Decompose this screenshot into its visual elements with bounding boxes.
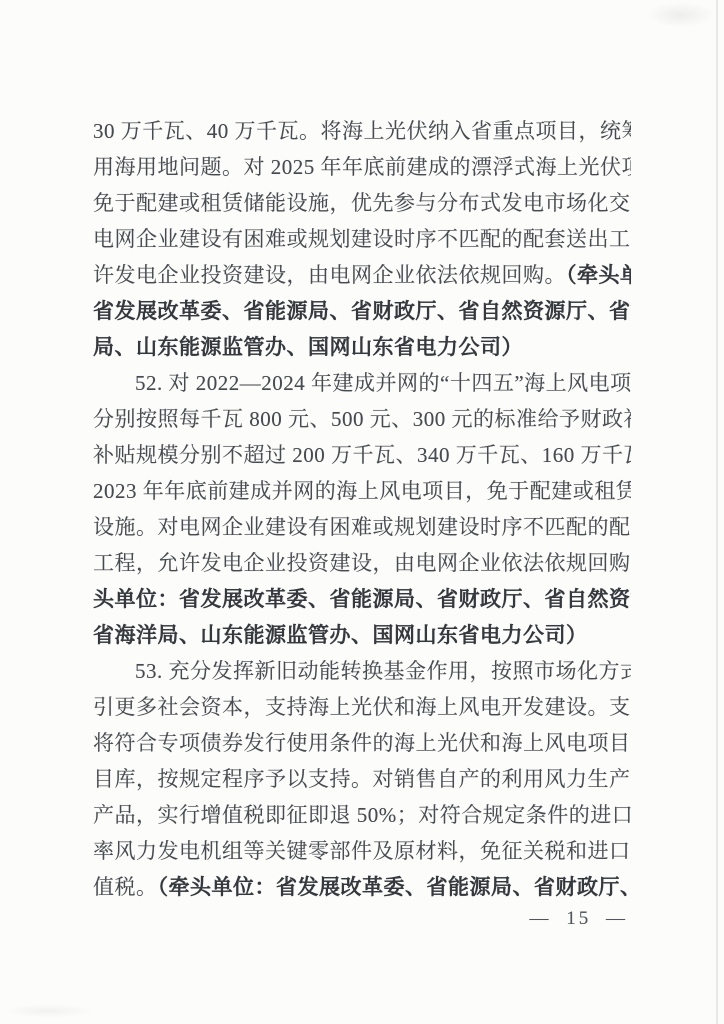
body-text: 52. 对 2022—2024 年建成并网的“十四五”海上风电项目，	[135, 371, 631, 395]
text-line: 52. 对 2022—2024 年建成并网的“十四五”海上风电项目，	[93, 365, 631, 401]
paragraph: 53. 充分发挥新旧动能转换基金作用，按照市场化方式，吸引更多社会资本，支持海上…	[93, 653, 631, 905]
body-text: 工程，允许发电企业投资建设，由电网企业依法依规回购。	[93, 551, 631, 575]
lead-unit-text: 省海洋局、山东能源监管办、国网山东省电力公司）	[93, 623, 588, 647]
lead-unit-text: 局、山东能源监管办、国网山东省电力公司）	[93, 335, 523, 359]
body-text: 30 万千瓦、40 万千瓦。将海上光伏纳入省重点项目，统筹解决	[93, 119, 631, 143]
scan-smudge	[4, 1004, 94, 1018]
text-line: 2023 年年底前建成并网的海上风电项目，免于配建或租赁储能	[93, 473, 631, 509]
body-text: 免于配建或租赁储能设施，优先参与分布式发电市场化交易。对	[93, 191, 631, 215]
body-text: 将符合专项债券发行使用条件的海上光伏和海上风电项目纳入项	[93, 731, 631, 755]
text-line: 省发展改革委、省能源局、省财政厅、省自然资源厅、省海洋	[93, 293, 631, 329]
body-text: 值税。	[93, 875, 158, 899]
text-line: 分别按照每千瓦 800 元、500 元、300 元的标准给予财政补贴，	[93, 401, 631, 437]
body-text: 率风力发电机组等关键零部件及原材料，免征关税和进口环节增	[93, 839, 631, 863]
text-line: 局、山东能源监管办、国网山东省电力公司）	[93, 329, 631, 365]
text-line: 免于配建或租赁储能设施，优先参与分布式发电市场化交易。对	[93, 185, 631, 221]
body-text: 补贴规模分别不超过 200 万千瓦、340 万千瓦、160 万千瓦。	[93, 443, 631, 467]
body-text: 分别按照每千瓦 800 元、500 元、300 元的标准给予财政补贴，	[93, 407, 631, 431]
page-number: — 15 —	[530, 905, 629, 933]
text-line: 电网企业建设有困难或规划建设时序不匹配的配套送出工程，允	[93, 221, 631, 257]
paragraph: 30 万千瓦、40 万千瓦。将海上光伏纳入省重点项目，统筹解决用海用地问题。对 …	[93, 113, 631, 365]
body-text: 2023 年年底前建成并网的海上风电项目，免于配建或租赁储能	[93, 479, 631, 503]
document-page: 30 万千瓦、40 万千瓦。将海上光伏纳入省重点项目，统筹解决用海用地问题。对 …	[0, 0, 724, 1024]
text-line: 许发电企业投资建设，由电网企业依法依规回购。（牵头单位：	[93, 257, 631, 293]
text-line: 目库，按规定程序予以支持。对销售自产的利用风力生产的电力	[93, 761, 631, 797]
scan-smudge	[646, 2, 716, 28]
body-text: 目库，按规定程序予以支持。对销售自产的利用风力生产的电力	[93, 767, 631, 791]
text-line: 率风力发电机组等关键零部件及原材料，免征关税和进口环节增	[93, 833, 631, 869]
lead-unit-text: 头单位：省发展改革委、省能源局、省财政厅、省自然资源厅、	[93, 587, 631, 611]
body-text: 产品，实行增值税即征即退 50%；对符合规定条件的进口大功	[93, 803, 631, 827]
document-body: 30 万千瓦、40 万千瓦。将海上光伏纳入省重点项目，统筹解决用海用地问题。对 …	[93, 113, 631, 905]
text-line: 头单位：省发展改革委、省能源局、省财政厅、省自然资源厅、	[93, 581, 631, 617]
text-line: 省海洋局、山东能源监管办、国网山东省电力公司）	[93, 617, 631, 653]
text-line: 引更多社会资本，支持海上光伏和海上风电开发建设。支持各市	[93, 689, 631, 725]
text-line: 30 万千瓦、40 万千瓦。将海上光伏纳入省重点项目，统筹解决	[93, 113, 631, 149]
body-text: 设施。对电网企业建设有困难或规划建设时序不匹配的配套送出	[93, 515, 631, 539]
text-line: 值税。（牵头单位：省发展改革委、省能源局、省财政厅、省税	[93, 869, 631, 905]
text-line: 53. 充分发挥新旧动能转换基金作用，按照市场化方式，吸	[93, 653, 631, 689]
text-line: 工程，允许发电企业投资建设，由电网企业依法依规回购。（牵	[93, 545, 631, 581]
body-text: 电网企业建设有困难或规划建设时序不匹配的配套送出工程，允	[93, 227, 631, 251]
body-text: 引更多社会资本，支持海上光伏和海上风电开发建设。支持各市	[93, 695, 631, 719]
body-text: 53. 充分发挥新旧动能转换基金作用，按照市场化方式，吸	[135, 659, 631, 683]
text-line: 用海用地问题。对 2025 年年底前建成的漂浮式海上光伏项目，	[93, 149, 631, 185]
lead-unit-text: （牵头单位：	[566, 263, 631, 287]
text-line: 将符合专项债券发行使用条件的海上光伏和海上风电项目纳入项	[93, 725, 631, 761]
text-line: 产品，实行增值税即征即退 50%；对符合规定条件的进口大功	[93, 797, 631, 833]
paragraph: 52. 对 2022—2024 年建成并网的“十四五”海上风电项目，分别按照每千…	[93, 365, 631, 653]
text-line: 补贴规模分别不超过 200 万千瓦、340 万千瓦、160 万千瓦。	[93, 437, 631, 473]
lead-unit-text: 省发展改革委、省能源局、省财政厅、省自然资源厅、省海洋	[93, 299, 631, 323]
body-text: 许发电企业投资建设，由电网企业依法依规回购。	[93, 263, 566, 287]
scan-edge	[716, 0, 718, 1024]
text-line: 设施。对电网企业建设有困难或规划建设时序不匹配的配套送出	[93, 509, 631, 545]
lead-unit-text: （牵头单位：省发展改革委、省能源局、省财政厅、省税	[158, 875, 632, 899]
body-text: 用海用地问题。对 2025 年年底前建成的漂浮式海上光伏项目，	[93, 155, 631, 179]
